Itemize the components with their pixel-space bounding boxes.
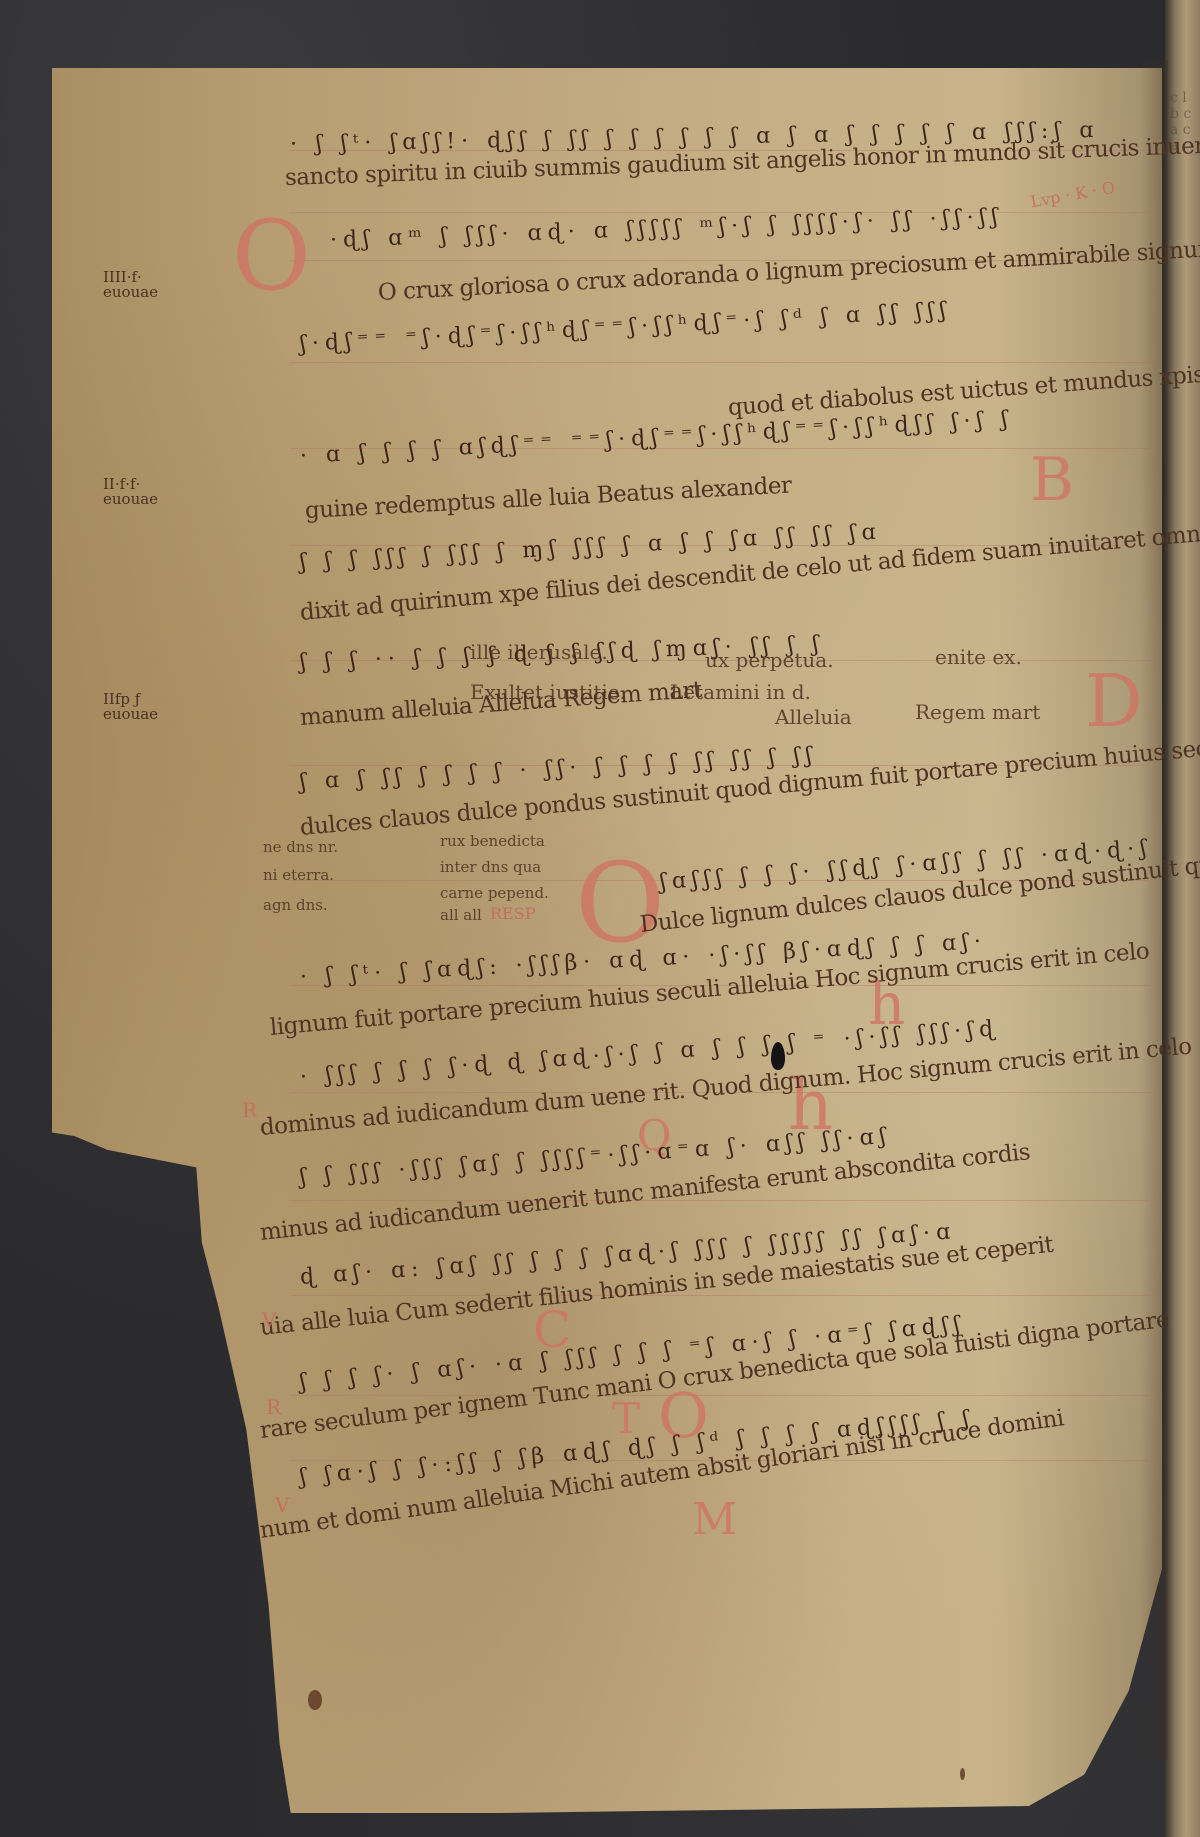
euouae-label: euouae <box>103 492 158 507</box>
antiphon-incipit: Alleluia <box>775 705 852 729</box>
initial-O: O <box>232 208 311 304</box>
ruling-line <box>290 1200 1150 1201</box>
ruling-line <box>290 362 1150 363</box>
margin-note-tone: II·f·f· euouae <box>103 477 158 507</box>
margin-letter: V <box>262 1308 276 1332</box>
page-curl-shadow <box>1140 60 1168 1760</box>
ruling-line <box>290 212 1150 213</box>
antiphon-incipit: ille iherusale. <box>470 640 608 664</box>
ruling-line <box>290 1295 1150 1296</box>
margin-note-tone: IIfp ƒ euouae <box>103 692 158 722</box>
margin-letter: R <box>266 1395 281 1419</box>
margin-note-tone: IIII·f· euouae <box>103 270 158 300</box>
side-cue: all all <box>440 906 482 924</box>
euouae-label: euouae <box>103 285 158 300</box>
ruling-line <box>290 1395 1150 1396</box>
antiphon-incipit: Exultet iustitie. <box>470 680 626 704</box>
antiphon-incipit: Regem mart <box>915 700 1040 724</box>
initial-T: T <box>612 1398 640 1440</box>
antiphon-incipit: Letamini in d. <box>670 680 811 704</box>
side-cue: agn dns. <box>263 896 328 914</box>
side-cue: rux benedicta <box>440 832 545 850</box>
margin-letter: R <box>242 1098 257 1122</box>
euouae-label: euouae <box>103 707 158 722</box>
facing-page-edge: c l b c a c a <box>1170 90 1195 1740</box>
initial-D: D <box>1085 665 1143 737</box>
initial-O-large: O <box>575 848 665 958</box>
side-cue: ne dns nr. <box>263 838 338 856</box>
antiphon-incipit: ux perpetua. <box>705 648 834 672</box>
margin-letter: V <box>275 1493 289 1517</box>
resp-rubric: RESP <box>490 904 535 923</box>
side-cue: inter dns qua <box>440 858 541 876</box>
initial-B: B <box>1030 450 1074 510</box>
parchment-hole <box>771 1042 785 1070</box>
side-cue: ni eterra. <box>263 866 334 884</box>
ink-speck <box>960 1768 965 1780</box>
initial-M: M <box>692 1498 737 1542</box>
ink-stain <box>308 1690 322 1710</box>
antiphon-incipit: enite ex. <box>935 645 1022 669</box>
side-cue: carne pepend. <box>440 884 549 902</box>
